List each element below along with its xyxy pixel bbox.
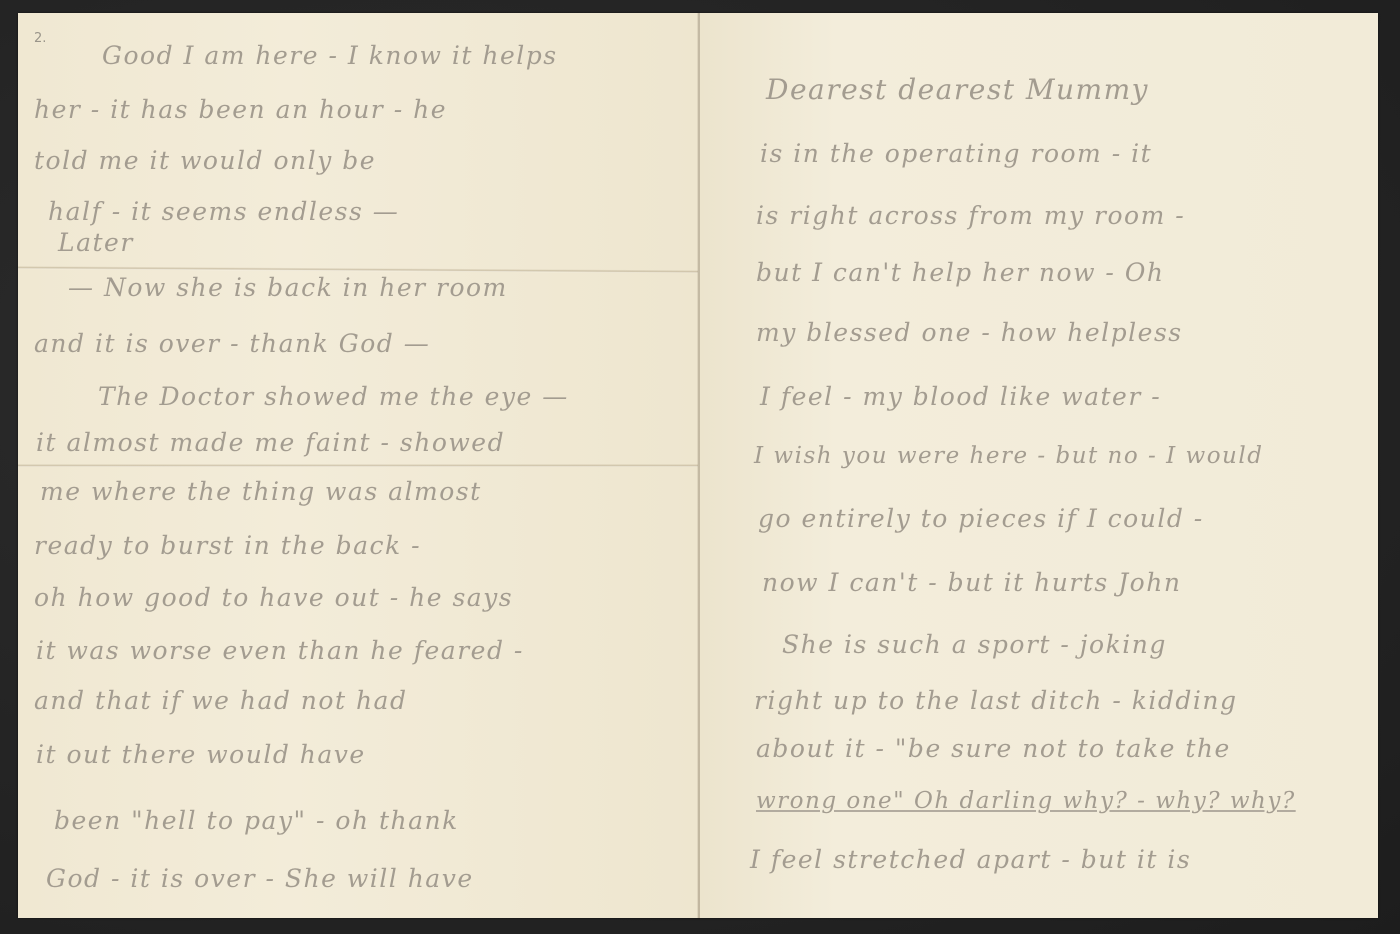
handwritten-line: about it - "be sure not to take the	[756, 736, 1231, 761]
handwritten-line: oh how good to have out - he says	[34, 585, 513, 610]
handwritten-line: now I can't - but it hurts John	[762, 570, 1181, 595]
handwritten-line: I feel stretched apart - but it is	[750, 847, 1191, 872]
handwritten-line: but I can't help her now - Oh	[756, 260, 1164, 285]
handwritten-line: it out there would have	[36, 742, 366, 767]
handwritten-line: and it is over - thank God —	[34, 331, 430, 356]
handwritten-line: it almost made me faint - showed	[36, 430, 505, 455]
handwritten-line: Later	[58, 230, 134, 255]
salutation-line: Dearest dearest Mummy	[766, 76, 1149, 104]
handwritten-line: my blessed one - how helpless	[756, 320, 1183, 345]
page-number: 2.	[34, 31, 46, 46]
left-page: 2. Good I am here - I know it helps her …	[18, 13, 698, 918]
handwritten-line: told me it would only be	[34, 148, 376, 173]
handwritten-line: go entirely to pieces if I could -	[758, 506, 1204, 531]
handwritten-line: ready to burst in the back -	[34, 533, 421, 558]
letter-sheet: 2. Good I am here - I know it helps her …	[18, 13, 1378, 918]
handwritten-line: I wish you were here - but no - I would	[754, 445, 1263, 468]
handwritten-line: and that if we had not had	[34, 688, 407, 713]
handwritten-line: me where the thing was almost	[40, 479, 482, 504]
handwritten-line: it was worse even than he feared -	[36, 638, 524, 663]
handwritten-line: is in the operating room - it	[760, 141, 1152, 166]
paper-fold-crease	[18, 464, 698, 467]
handwritten-line: God - it is over - She will have	[46, 866, 474, 891]
handwritten-line: is right across from my room -	[756, 203, 1185, 228]
handwritten-line: — Now she is back in her room	[68, 275, 508, 300]
handwritten-line: half - it seems endless —	[48, 199, 399, 224]
handwritten-line: wrong one" Oh darling why? - why? why?	[756, 790, 1296, 813]
handwritten-line: right up to the last ditch - kidding	[754, 688, 1238, 713]
handwritten-line: been "hell to pay" - oh thank	[54, 808, 459, 833]
handwritten-line: She is such a sport - joking	[782, 632, 1167, 657]
handwritten-line: her - it has been an hour - he	[34, 97, 447, 122]
handwritten-line: The Doctor showed me the eye —	[98, 384, 569, 409]
handwritten-line: I feel - my blood like water -	[760, 384, 1161, 409]
right-page: Dearest dearest Mummy is in the operatin…	[700, 13, 1378, 918]
handwritten-line: Good I am here - I know it helps	[102, 43, 558, 68]
